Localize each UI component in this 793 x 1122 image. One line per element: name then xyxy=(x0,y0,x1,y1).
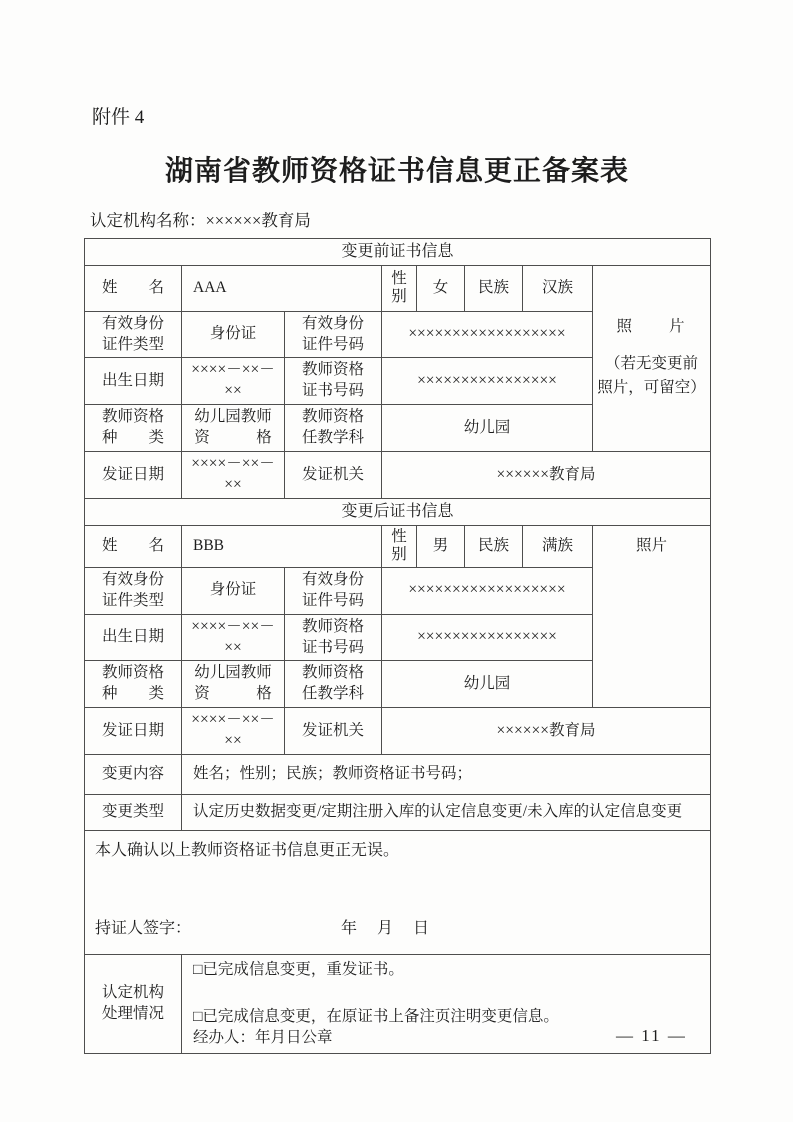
ethnicity-label: 民族 xyxy=(465,265,523,311)
change-type-value: 认定历史数据变更/定期注册入库的认定信息变更/未入库的认定信息变更 xyxy=(182,795,711,831)
processing-label: 认定机构 处理情况 xyxy=(85,955,182,1054)
signature-date-placeholder: 年 月 日 xyxy=(341,918,431,940)
id-type-value: 身份证 xyxy=(182,567,285,614)
section-after-header: 变更后证书信息 xyxy=(85,498,711,525)
gender-value: 女 xyxy=(417,265,465,311)
photo-note: （若无变更前 照片，可留空） xyxy=(597,352,706,400)
birth-date-label: 出生日期 xyxy=(85,358,182,405)
document-page: 附件 4 湖南省教师资格证书信息更正备案表 认定机构名称：××××××教育局 变… xyxy=(0,0,793,1122)
issue-org-value: ××××××教育局 xyxy=(382,708,711,755)
ethnicity-value: 汉族 xyxy=(523,265,593,311)
name-value: AAA xyxy=(182,265,382,311)
ethnicity-value: 满族 xyxy=(523,525,593,567)
id-type-value: 身份证 xyxy=(182,311,285,358)
change-content-label: 变更内容 xyxy=(85,755,182,795)
issue-org-label: 发证机关 xyxy=(285,708,382,755)
issue-org-value: ××××××教育局 xyxy=(382,452,711,499)
issue-date-value: ××××－××－ ×× xyxy=(182,452,285,499)
cert-number-label: 教师资格 证书号码 xyxy=(285,358,382,405)
name-label: 姓 名 xyxy=(85,525,182,567)
change-content-value: 姓名；性别；民族；教师资格证书号码； xyxy=(182,755,711,795)
cert-number-label: 教师资格 证书号码 xyxy=(285,614,382,661)
agency-name-label: 认定机构名称： xyxy=(90,211,206,230)
gender-label: 性 别 xyxy=(382,265,417,311)
id-type-label: 有效身份 证件类型 xyxy=(85,311,182,358)
section-before-header: 变更前证书信息 xyxy=(85,239,711,266)
agency-name-value: ××××××教育局 xyxy=(206,211,311,230)
section-after-table: 变更后证书信息 姓 名 BBB 性 别 男 民族 满族 照片 有效身份 证件类型… xyxy=(84,498,711,755)
name-value: BBB xyxy=(182,525,382,567)
id-type-label: 有效身份 证件类型 xyxy=(85,567,182,614)
photo-cell: 照 片 （若无变更前 照片，可留空） xyxy=(593,265,711,452)
attachment-label: 附件 4 xyxy=(92,102,710,129)
gender-value: 男 xyxy=(417,525,465,567)
issue-org-label: 发证机关 xyxy=(285,452,382,499)
id-number-label: 有效身份 证件号码 xyxy=(285,567,382,614)
issue-date-label: 发证日期 xyxy=(85,452,182,499)
page-title: 湖南省教师资格证书信息更正备案表 xyxy=(84,149,710,189)
subject-label: 教师资格 任教学科 xyxy=(285,405,382,452)
change-type-label: 变更类型 xyxy=(85,795,182,831)
subject-value: 幼儿园 xyxy=(382,661,593,708)
subject-value: 幼儿园 xyxy=(382,405,593,452)
issue-date-label: 发证日期 xyxy=(85,708,182,755)
issue-date-value: ××××－××－ ×× xyxy=(182,708,285,755)
agency-line: 认定机构名称：××××××教育局 xyxy=(90,207,710,231)
birth-date-value: ××××－××－ ×× xyxy=(182,358,285,405)
signature-row: 持证人签字： 年 月 日 xyxy=(95,918,700,940)
ethnicity-label: 民族 xyxy=(465,525,523,567)
change-info-table: 变更内容 姓名；性别；民族；教师资格证书号码； 变更类型 认定历史数据变更/定期… xyxy=(84,754,711,1054)
subject-label: 教师资格 任教学科 xyxy=(285,661,382,708)
record-form: 变更前证书信息 姓 名 AAA 性 别 女 民族 汉族 照 片 （若无变更前 照… xyxy=(84,238,710,1054)
processing-option-annotate: □已完成信息变更，在原证书上备注页注明变更信息。 xyxy=(193,1007,706,1028)
photo-label: 照片 xyxy=(597,536,706,557)
photo-label: 照 片 xyxy=(597,317,706,338)
birth-date-value: ××××－××－ ×× xyxy=(182,614,285,661)
confirmation-statement: 本人确认以上教师资格证书信息更正无误。 xyxy=(95,840,700,862)
id-number-label: 有效身份 证件号码 xyxy=(285,311,382,358)
cert-number-value: ×××××××××××××××× xyxy=(382,358,593,405)
processing-option-reissue: □已完成信息变更，重发证书。 xyxy=(193,960,706,981)
cert-type-label: 教师资格 种 类 xyxy=(85,405,182,452)
cert-number-value: ×××××××××××××××× xyxy=(382,614,593,661)
id-number-value: ×××××××××××××××××× xyxy=(382,311,593,358)
birth-date-label: 出生日期 xyxy=(85,614,182,661)
photo-cell: 照片 xyxy=(593,525,711,708)
cert-type-value: 幼儿园教师 资 格 xyxy=(182,661,285,708)
confirmation-cell: 本人确认以上教师资格证书信息更正无误。 持证人签字： 年 月 日 xyxy=(85,831,711,955)
id-number-value: ×××××××××××××××××× xyxy=(382,567,593,614)
name-label: 姓 名 xyxy=(85,265,182,311)
cert-type-value: 幼儿园教师 资 格 xyxy=(182,405,285,452)
document-content: 附件 4 湖南省教师资格证书信息更正备案表 认定机构名称：××××××教育局 变… xyxy=(84,0,710,1054)
page-number: — 11 — xyxy=(616,1026,687,1046)
gender-label: 性 别 xyxy=(382,525,417,567)
signature-label: 持证人签字： xyxy=(95,918,191,940)
cert-type-label: 教师资格 种 类 xyxy=(85,661,182,708)
section-before-table: 变更前证书信息 姓 名 AAA 性 别 女 民族 汉族 照 片 （若无变更前 照… xyxy=(84,238,711,499)
